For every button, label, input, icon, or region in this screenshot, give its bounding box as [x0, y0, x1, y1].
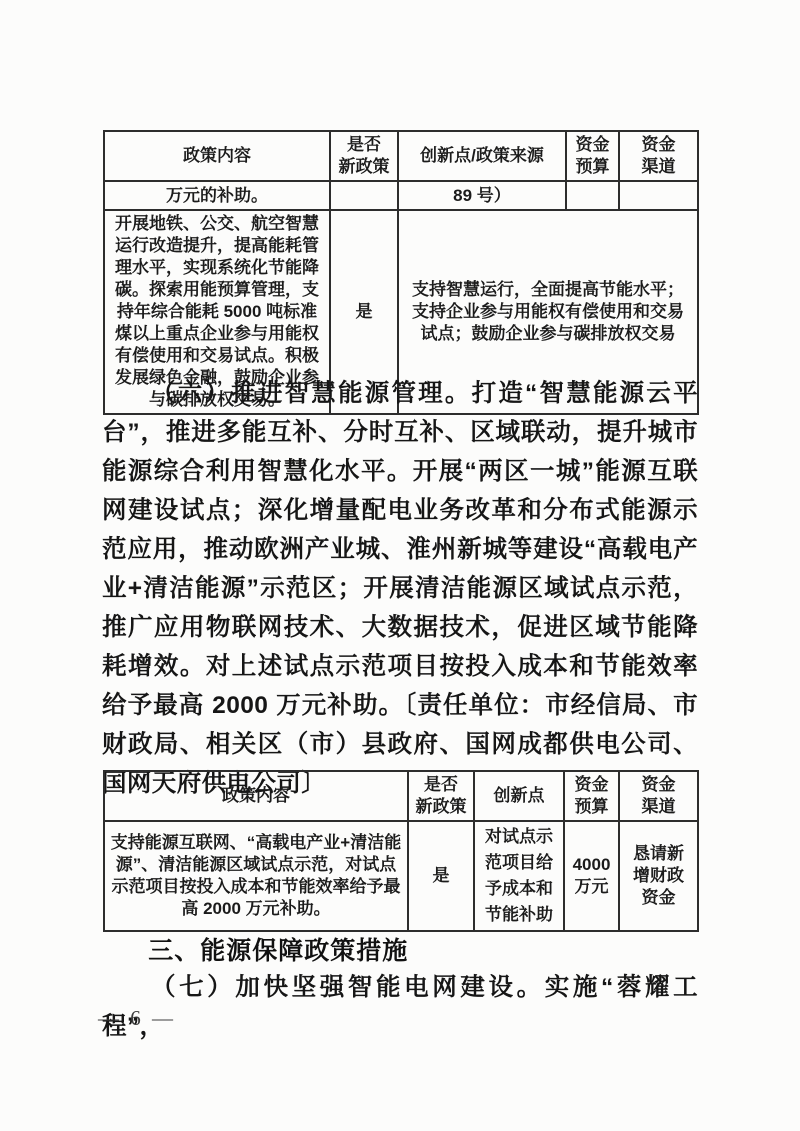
table1-header-row: 政策内容 是否 新政策 创新点/政策来源 资金 预算 资金 渠道	[104, 131, 698, 181]
section-3-heading: 三、能源保障政策措施	[102, 931, 408, 967]
paragraph-section-6: （六）推进智慧能源管理。打造“智慧能源云平台”，推进多能互补、分时互补、区域联动…	[102, 374, 698, 803]
table1-header-channel: 资金 渠道	[619, 131, 698, 181]
table1-header-budget: 资金 预算	[566, 131, 619, 181]
table1-header-source: 创新点/政策来源	[398, 131, 566, 181]
table1-r1-source: 89 号）	[398, 181, 566, 210]
paragraph-section-7: （七）加快坚强智能电网建设。实施“蓉耀工程”，	[102, 968, 698, 1046]
table2-r1-budget: 4000 万元	[564, 821, 619, 931]
table2-row-energy-internet: 支持能源互联网、“高载电产业+清洁能源”、清洁能源区域试点示范，对试点示范项目按…	[104, 821, 698, 931]
table2-header-budget: 资金 预算	[564, 771, 619, 821]
table2-header-channel: 资金 渠道	[619, 771, 698, 821]
policy-table-smart-energy: 政策内容 是否 新政策 创新点 资金 预算 资金 渠道 支持能源互联网、“高载电…	[103, 770, 699, 932]
table2-header-new-policy: 是否 新政策	[408, 771, 474, 821]
document-page: 政策内容 是否 新政策 创新点/政策来源 资金 预算 资金 渠道 万元的补助。 …	[0, 0, 800, 1131]
table1-r1-new-policy	[330, 181, 398, 210]
policy-table-continued: 政策内容 是否 新政策 创新点/政策来源 资金 预算 资金 渠道 万元的补助。 …	[103, 130, 699, 415]
table1-r1-budget	[566, 181, 619, 210]
table2-header-row: 政策内容 是否 新政策 创新点 资金 预算 资金 渠道	[104, 771, 698, 821]
table1-row-carryover: 万元的补助。 89 号）	[104, 181, 698, 210]
table1-header-content: 政策内容	[104, 131, 330, 181]
table2-r1-innovation: 对试点示范项目给予成本和节能补助	[474, 821, 564, 931]
table1-r1-channel	[619, 181, 698, 210]
table2-r1-content: 支持能源互联网、“高载电产业+清洁能源”、清洁能源区域试点示范，对试点示范项目按…	[104, 821, 408, 931]
table2-r1-new-policy: 是	[408, 821, 474, 931]
table1-header-new-policy: 是否 新政策	[330, 131, 398, 181]
table2-r1-channel: 恳请新增财政资金	[619, 821, 698, 931]
page-number: — 6 —	[98, 1006, 176, 1031]
table1-r1-content: 万元的补助。	[104, 181, 330, 210]
table2-header-content: 政策内容	[104, 771, 408, 821]
table2-header-innovation: 创新点	[474, 771, 564, 821]
